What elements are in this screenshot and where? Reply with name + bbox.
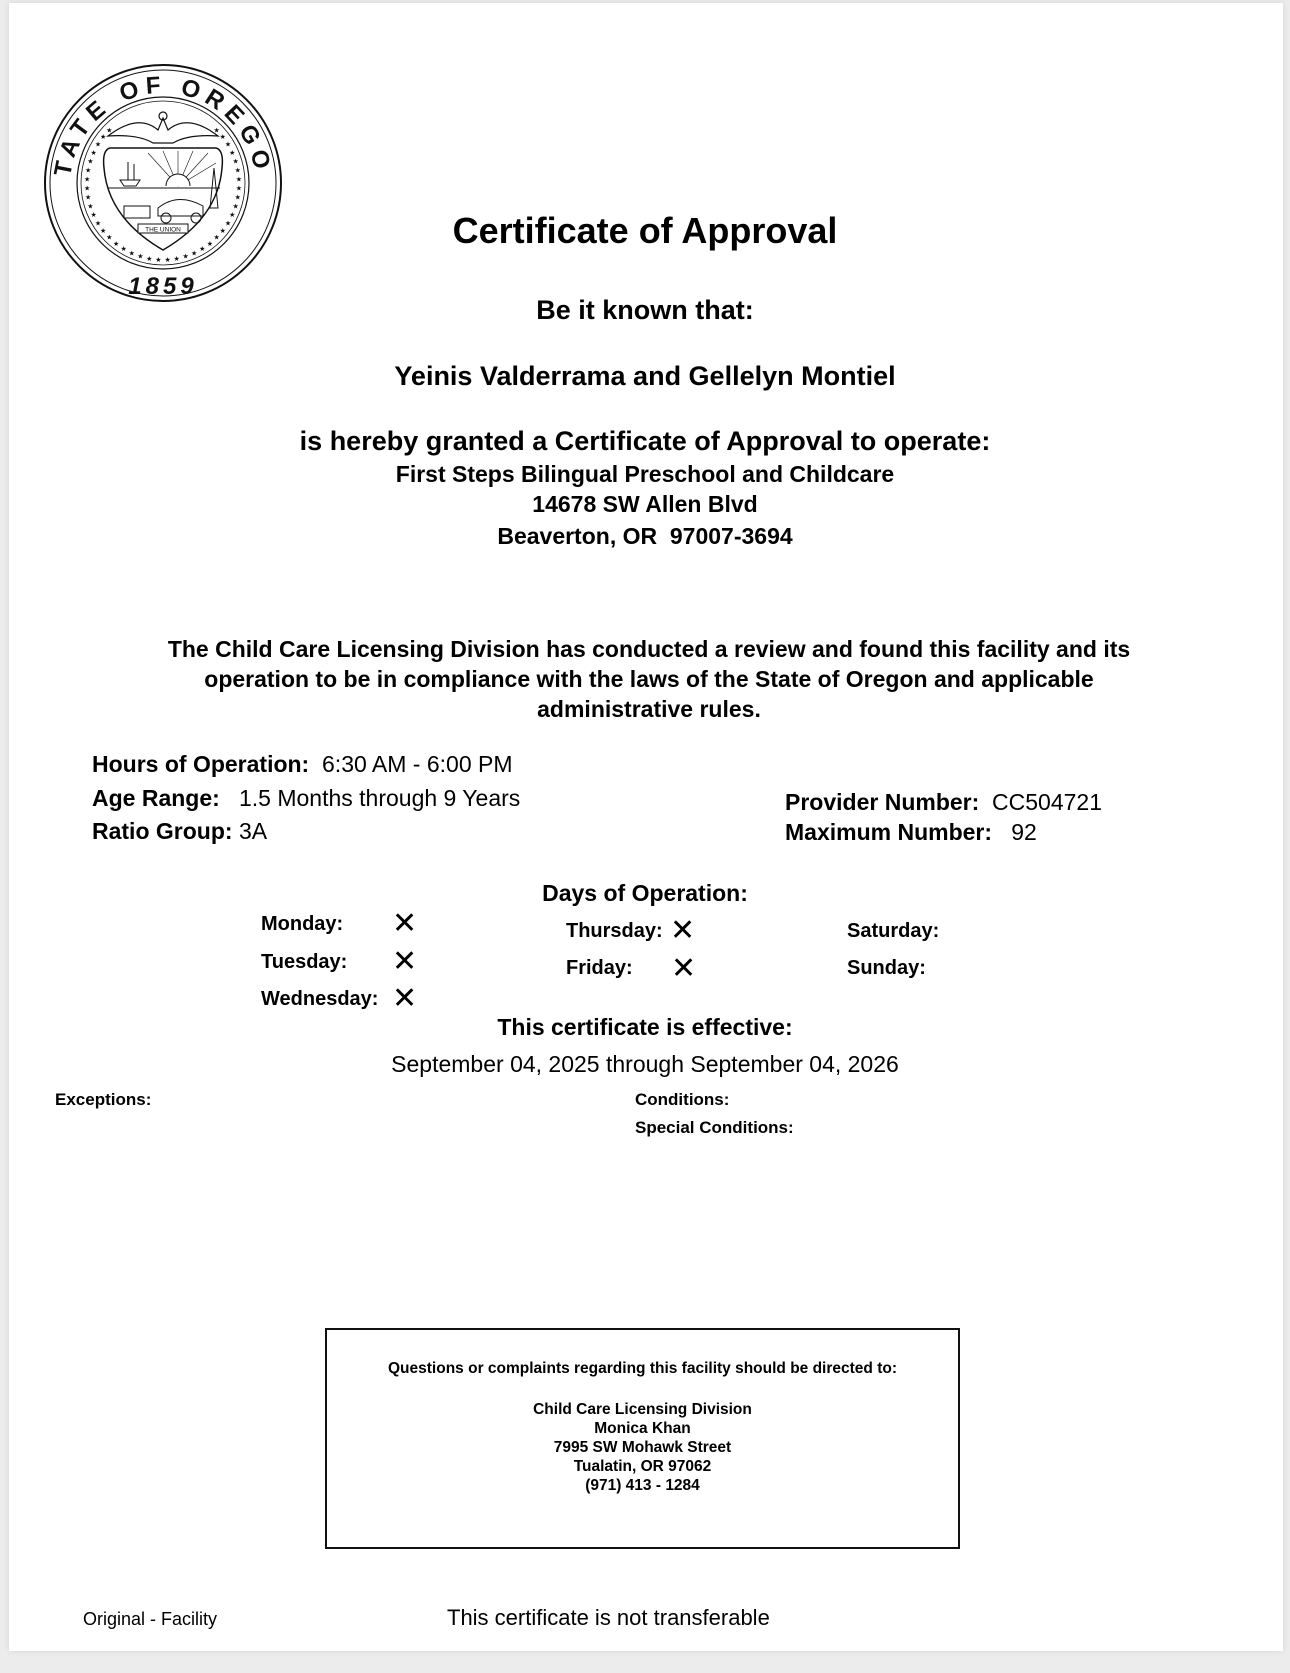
age-range: Age Range: 1.5 Months through 9 Years — [92, 785, 520, 812]
svg-text:★: ★ — [174, 255, 180, 263]
state-seal-icon: STATE OF OREGON 1859 ★★★★★★★★★★★★★★★★★★★… — [38, 58, 288, 308]
day-friday-check-icon: ✕ — [671, 954, 696, 984]
svg-text:★: ★ — [236, 175, 242, 183]
contact-city: Tualatin, OR 97062 — [327, 1457, 958, 1476]
day-friday-label: Friday: — [566, 957, 633, 980]
day-wednesday-label: Wednesday: — [261, 988, 378, 1011]
facility-city-state-zip: Beaverton, OR 97007-3694 — [0, 523, 1290, 550]
facility-name: First Steps Bilingual Preschool and Chil… — [0, 461, 1290, 488]
special-conditions-label: Special Conditions: — [635, 1118, 794, 1138]
svg-text:★: ★ — [137, 253, 143, 261]
days-of-operation-title: Days of Operation: — [0, 880, 1290, 907]
facility-street: 14678 SW Allen Blvd — [0, 491, 1290, 518]
svg-text:★: ★ — [232, 157, 238, 165]
contact-phone: (971) 413 - 1284 — [327, 1476, 958, 1495]
day-monday-check-icon: ✕ — [392, 909, 417, 939]
svg-text:★: ★ — [235, 194, 241, 202]
ratio-group-label: Ratio Group: — [92, 818, 233, 844]
svg-text:★: ★ — [220, 133, 226, 141]
svg-text:★: ★ — [84, 175, 90, 183]
granted-statement: is hereby granted a Certificate of Appro… — [0, 426, 1290, 457]
age-range-label: Age Range: — [92, 785, 220, 811]
day-tuesday-check-icon: ✕ — [392, 947, 417, 977]
svg-text:★: ★ — [236, 185, 242, 193]
svg-text:★: ★ — [91, 149, 97, 157]
contact-heading: Questions or complaints regarding this f… — [327, 1360, 958, 1378]
contact-org: Child Care Licensing Division — [327, 1400, 958, 1419]
svg-text:★: ★ — [229, 149, 235, 157]
day-monday-label: Monday: — [261, 913, 343, 936]
svg-text:★: ★ — [164, 256, 170, 264]
maximum-number-label: Maximum Number: — [785, 819, 992, 845]
day-thursday-check-icon: ✕ — [670, 916, 695, 946]
certificate-page: STATE OF OREGON 1859 ★★★★★★★★★★★★★★★★★★★… — [9, 3, 1283, 1651]
certificate-title: Certificate of Approval — [0, 210, 1290, 252]
svg-text:★: ★ — [84, 185, 90, 193]
svg-text:★: ★ — [85, 194, 91, 202]
not-transferable-notice: This certificate is not transferable — [447, 1605, 770, 1631]
hours-label: Hours of Operation: — [92, 751, 309, 777]
age-range-value: 1.5 Months through 9 Years — [239, 785, 520, 811]
hours-value: 6:30 AM - 6:00 PM — [322, 751, 512, 777]
svg-text:★: ★ — [87, 157, 93, 165]
contact-box: Questions or complaints regarding this f… — [325, 1328, 960, 1549]
svg-text:STATE OF OREGON: STATE OF OREGON — [38, 58, 277, 179]
svg-text:★: ★ — [182, 253, 188, 261]
exceptions-label: Exceptions: — [55, 1090, 151, 1110]
day-tuesday-label: Tuesday: — [261, 951, 347, 974]
effective-dates: September 04, 2025 through September 04,… — [0, 1051, 1290, 1078]
maximum-number: Maximum Number: 92 — [785, 819, 1037, 846]
provider-number-label: Provider Number: — [785, 789, 979, 815]
provider-number: Provider Number: CC504721 — [785, 789, 1102, 816]
hours-of-operation: Hours of Operation: 6:30 AM - 6:00 PM — [92, 751, 513, 778]
svg-text:★: ★ — [85, 166, 91, 174]
maximum-number-value: 92 — [1011, 819, 1037, 845]
svg-text:★: ★ — [155, 256, 161, 264]
svg-text:★: ★ — [235, 166, 241, 174]
svg-text:★: ★ — [225, 141, 231, 149]
holder-names: Yeinis Valderrama and Gellelyn Montiel — [0, 361, 1290, 392]
ratio-group-value: 3A — [239, 818, 267, 844]
effective-title: This certificate is effective: — [0, 1014, 1290, 1041]
day-thursday-label: Thursday: — [566, 920, 663, 943]
original-facility-label: Original - Facility — [83, 1609, 217, 1630]
day-sunday-label: Sunday: — [847, 957, 926, 980]
be-it-known: Be it known that: — [0, 295, 1290, 326]
conditions-label: Conditions: — [635, 1090, 729, 1110]
day-wednesday-check-icon: ✕ — [392, 984, 417, 1014]
contact-person: Monica Khan — [327, 1419, 958, 1438]
svg-text:★: ★ — [146, 255, 152, 263]
review-statement: The Child Care Licensing Division has co… — [149, 634, 1149, 724]
day-saturday-label: Saturday: — [847, 920, 939, 943]
contact-street: 7995 SW Mohawk Street — [327, 1438, 958, 1457]
provider-number-value: CC504721 — [992, 789, 1102, 815]
ratio-group: Ratio Group: 3A — [92, 818, 267, 845]
svg-text:★: ★ — [95, 141, 101, 149]
